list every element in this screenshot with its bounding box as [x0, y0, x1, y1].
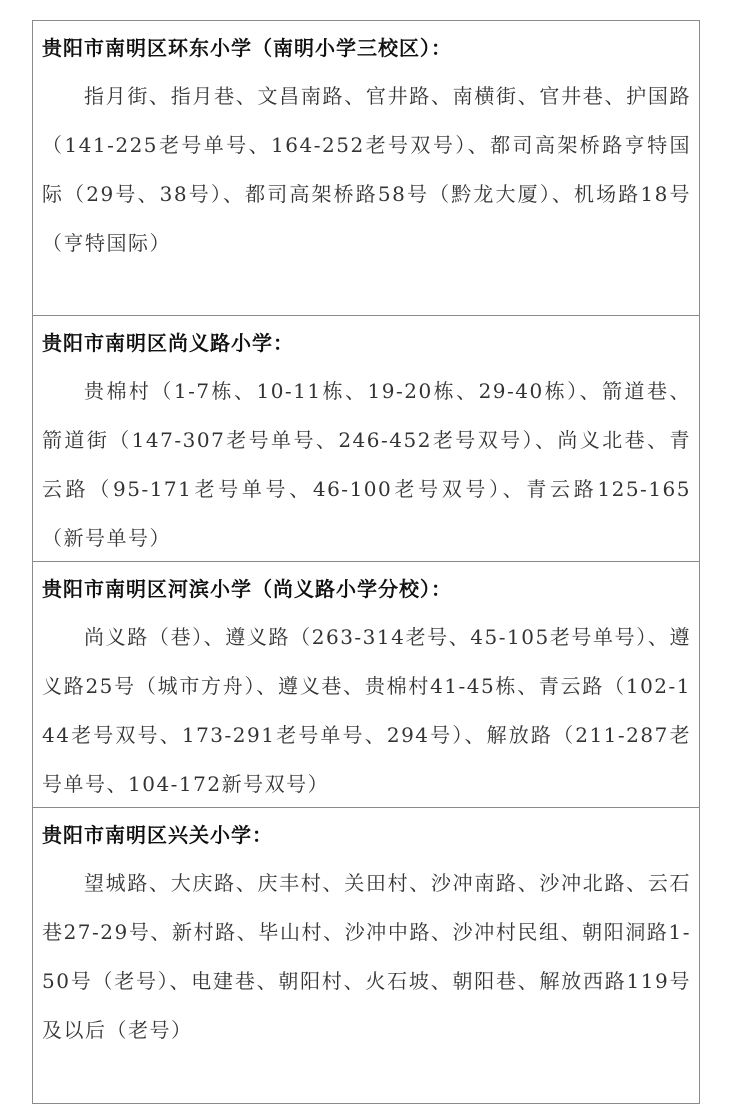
school-name: 贵阳市南明区河滨小学（尚义路小学分校）： — [42, 574, 691, 604]
school-name: 贵阳市南明区兴关小学： — [42, 820, 691, 850]
table-row: 贵阳市南明区尚义路小学： 贵棉村（1-7栋、10-11栋、19-20栋、29-4… — [33, 316, 699, 562]
school-district-area: 尚义路（巷）、遵义路（263-314老号、45-105老号单号）、遵义路25号（… — [42, 613, 691, 809]
school-district-area: 贵棉村（1-7栋、10-11栋、19-20栋、29-40栋）、箭道巷、箭道街（1… — [42, 367, 691, 563]
school-district-table: 贵阳市南明区环东小学（南明小学三校区）： 指月街、指月巷、文昌南路、官井路、南横… — [32, 20, 700, 1104]
school-name: 贵阳市南明区尚义路小学： — [42, 328, 691, 358]
school-district-area: 望城路、大庆路、庆丰村、关田村、沙冲南路、沙冲北路、云石巷27-29号、新村路、… — [42, 859, 691, 1055]
school-district-area: 指月街、指月巷、文昌南路、官井路、南横街、官井巷、护国路（141-225老号单号… — [42, 72, 691, 268]
table-row: 贵阳市南明区环东小学（南明小学三校区）： 指月街、指月巷、文昌南路、官井路、南横… — [33, 21, 699, 316]
table-row: 贵阳市南明区兴关小学： 望城路、大庆路、庆丰村、关田村、沙冲南路、沙冲北路、云石… — [33, 808, 699, 1103]
school-name: 贵阳市南明区环东小学（南明小学三校区）： — [42, 33, 691, 63]
table-row: 贵阳市南明区河滨小学（尚义路小学分校）： 尚义路（巷）、遵义路（263-314老… — [33, 562, 699, 808]
